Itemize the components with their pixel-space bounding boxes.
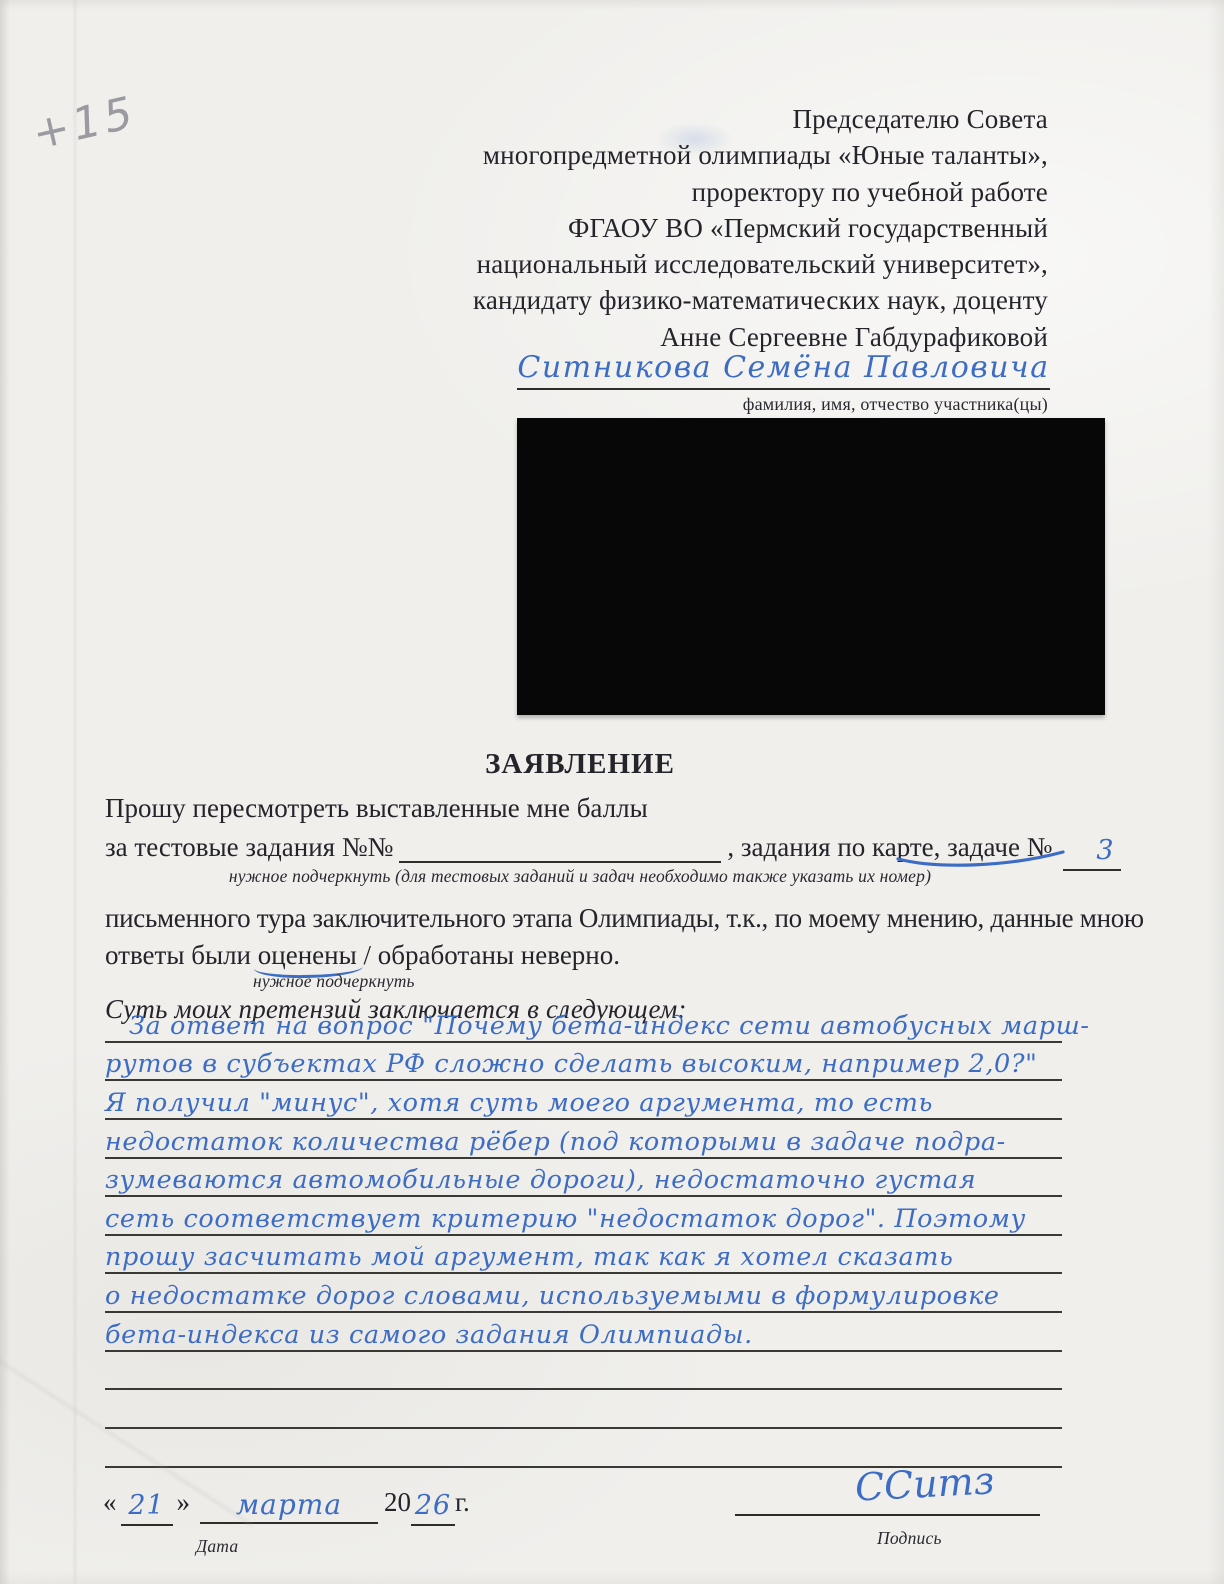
task-number-handwriting: 3 [1096, 835, 1114, 866]
claim-line-row: прошу засчитать мой аргумент, так как я … [105, 1236, 1062, 1275]
claim-line-handwriting: прошу засчитать мой аргумент, так как я … [105, 1242, 954, 1272]
claim-line-row: бета-индекса из самого задания Олимпиады… [105, 1313, 1062, 1352]
claim-line-row: За ответ на вопрос "Почему бета-индекс с… [105, 1004, 1062, 1043]
recipient-line: проректору по учебной работе [473, 174, 1048, 210]
recipient-line: многопредметной олимпиады «Юные таланты»… [473, 137, 1048, 173]
recipient-line: Председателю Совета [473, 101, 1048, 137]
name-field-caption: фамилия, имя, отчество участника(цы) [743, 394, 1048, 415]
day-blank: 21 [121, 1494, 173, 1526]
body-line2-pre: ответы были [105, 940, 258, 970]
recipient-line: ФГАОУ ВО «Пермский государственный [473, 210, 1048, 246]
claim-line-row: сеть соответствует критерию "недостаток … [105, 1197, 1062, 1236]
quote-open: « [103, 1487, 117, 1517]
claim-line-row: Я получил "минус", хотя суть моего аргум… [105, 1081, 1062, 1120]
redaction-box [517, 418, 1105, 715]
month-handwriting: марта [236, 1488, 342, 1521]
claim-line-row: о недостатке дорог словами, используемым… [105, 1274, 1062, 1313]
request-line2: за тестовые задания №№, задания по карте… [105, 831, 1121, 871]
date-field: «21»марта2026г. [103, 1487, 470, 1526]
claim-line-handwriting: рутов в субъектах РФ сложно сделать высо… [105, 1049, 1037, 1079]
quote-close: » [177, 1487, 191, 1517]
year-handwriting: 26 [415, 1490, 451, 1521]
claim-line-handwriting: о недостатке дорог словами, используемым… [105, 1281, 1000, 1311]
year-blank: 26 [411, 1494, 455, 1526]
request-line1: Прошу пересмотреть выставленные мне балл… [105, 793, 648, 824]
underline-instruction: нужное подчеркнуть (для тестовых заданий… [105, 866, 1055, 887]
recipient-line: национальный исследовательский университ… [473, 246, 1048, 282]
recipient-block: Председателю Совета многопредметной олим… [473, 101, 1048, 355]
signature-field: ССитз [735, 1474, 1040, 1516]
test-tasks-label: за тестовые задания №№ [105, 832, 393, 862]
map-task-label: , задания по карте, задаче № [727, 832, 1052, 862]
claim-line-handwriting: бета-индекса из самого задания Олимпиады… [105, 1320, 753, 1350]
claim-line-row: зумеваются автомобильные дороги), недост… [105, 1159, 1062, 1198]
recipient-line: кандидату физико-математических наук, до… [473, 282, 1048, 318]
pencil-score-mark: +15 [28, 87, 142, 160]
claim-line-handwriting: сеть соответствует критерию "недостаток … [105, 1204, 1026, 1234]
month-blank: марта [200, 1492, 378, 1524]
scanned-application-page: +15 Председателю Совета многопредметной … [0, 0, 1224, 1584]
date-caption: Дата [196, 1536, 238, 1557]
test-tasks-blank [399, 831, 721, 863]
claim-line-handwriting: зумеваются автомобильные дороги), недост… [105, 1165, 976, 1195]
claim-line-row [105, 1352, 1062, 1391]
claim-line-row: рутов в субъектах РФ сложно сделать высо… [105, 1043, 1062, 1082]
task-number-blank: 3 [1063, 839, 1121, 871]
year-unit: г. [455, 1487, 470, 1517]
body-line2-post: / обработаны неверно. [357, 940, 620, 970]
claims-lines: За ответ на вопрос "Почему бета-индекс с… [105, 1004, 1062, 1468]
day-handwriting: 21 [128, 1490, 164, 1521]
underline-instruction-2: нужное подчеркнуть [253, 971, 415, 992]
signature-caption: Подпись [877, 1528, 942, 1549]
signature-handwriting: ССитз [854, 1458, 996, 1509]
applicant-name-handwriting: Ситникова Семёна Павловича [517, 350, 1049, 385]
body-line2: ответы были оценены / обработаны неверно… [105, 940, 620, 971]
claim-line-row: недостаток количества рёбер (под которым… [105, 1120, 1062, 1159]
year-prefix: 20 [384, 1487, 411, 1517]
claim-line-handwriting: Я получил "минус", хотя суть моего аргум… [105, 1088, 933, 1118]
document-title: ЗАЯВЛЕНИЕ [105, 748, 1055, 781]
body-line1: письменного тура заключительного этапа О… [105, 903, 1144, 934]
claim-line-handwriting: За ответ на вопрос "Почему бета-индекс с… [129, 1011, 1090, 1041]
pen-underlined-word: оценены [258, 940, 357, 970]
claim-line-handwriting: недостаток количества рёбер (под которым… [105, 1127, 1006, 1157]
claim-line-row [105, 1390, 1062, 1429]
applicant-name-field: Ситникова Семёна Павловича [517, 348, 1050, 390]
